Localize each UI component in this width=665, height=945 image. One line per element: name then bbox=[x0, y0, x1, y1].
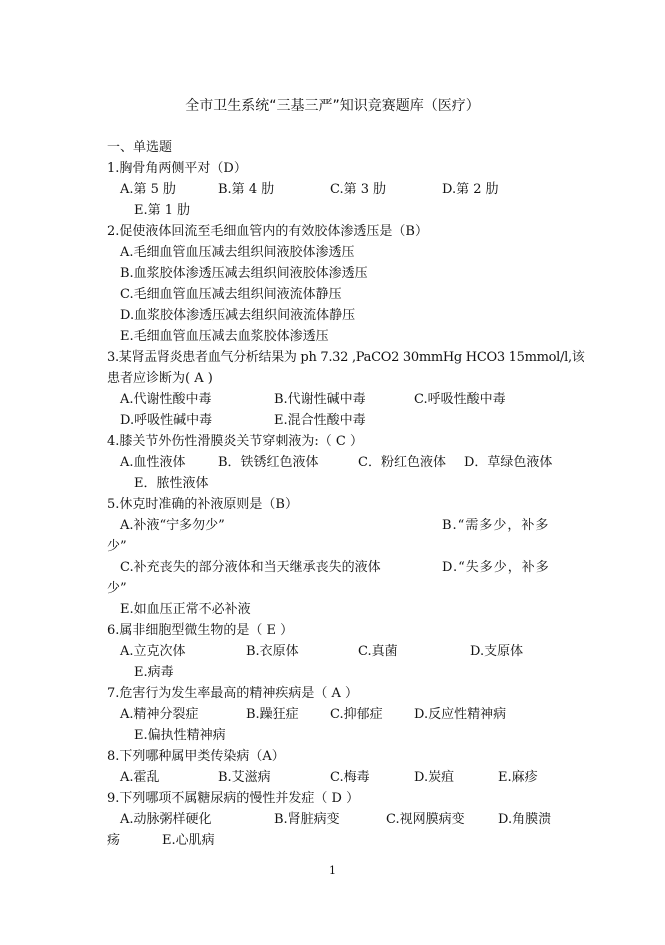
option-continued: 少” bbox=[107, 580, 127, 598]
option: B.衣原体 bbox=[246, 643, 299, 661]
option: D.炭疽 bbox=[414, 769, 454, 787]
option: A.立克次体 bbox=[120, 643, 186, 661]
option: B.代谢性碱中毒 bbox=[274, 391, 366, 409]
option: E.第 1 肋 bbox=[134, 202, 190, 220]
section-heading: 一、单选题 bbox=[107, 139, 172, 157]
question-stem: 4.膝关节外伤性滑膜炎关节穿刺液为:（ C ） bbox=[107, 433, 363, 451]
option: C．粉红色液体 bbox=[358, 454, 446, 472]
option: B.血浆胶体渗透压减去组织间液胶体渗透压 bbox=[120, 265, 368, 283]
option: D．草绿色液体 bbox=[464, 454, 552, 472]
option: D.“失多少，补多 bbox=[442, 559, 550, 577]
option: E.病毒 bbox=[134, 664, 174, 682]
question-stem: 2.促使液体回流至毛细血管内的有效胶体渗透压是（B） bbox=[107, 223, 428, 241]
option: A.代谢性酸中毒 bbox=[120, 391, 212, 409]
option: D.第 2 肋 bbox=[442, 181, 499, 199]
option: E．脓性液体 bbox=[134, 475, 209, 493]
question-stem: 8.下列哪种属甲类传染病（A） bbox=[107, 748, 285, 766]
option: E.毛细血管血压减去血浆胶体渗透压 bbox=[120, 328, 329, 346]
option-continued: 少” bbox=[107, 538, 127, 556]
option: B.“需多少，补多 bbox=[442, 517, 549, 535]
option: B.躁狂症 bbox=[246, 706, 299, 724]
document-title: 全市卫生系统“三基三严”知识竞赛题库（医疗） bbox=[0, 96, 665, 116]
option: B．铁锈红色液体 bbox=[218, 454, 319, 472]
option: C.补充丧失的部分液体和当天继承丧失的液体 bbox=[120, 559, 381, 577]
question-stem: 3.某肾盂肾炎患者血气分析结果为 ph 7.32 ,PaCO2 30mmHg H… bbox=[107, 349, 584, 367]
option: E.如血压正常不必补液 bbox=[120, 601, 251, 619]
option: E.心肌病 bbox=[162, 832, 215, 850]
option: A.毛细血管血压减去组织间液胶体渗透压 bbox=[120, 244, 355, 262]
option: D.血浆胶体渗透压减去组织间液流体静压 bbox=[120, 307, 355, 325]
question-stem: 6.属非细胞型微生物的是（ E ） bbox=[107, 622, 293, 640]
option: C.第 3 肋 bbox=[330, 181, 386, 199]
question-stem-continued: 患者应诊断为( A ) bbox=[107, 370, 213, 388]
option: C.真菌 bbox=[358, 643, 398, 661]
option: D.呼吸性碱中毒 bbox=[120, 412, 212, 430]
question-stem: 5.休克时准确的补液原则是（B） bbox=[107, 496, 298, 514]
option: C.梅毒 bbox=[330, 769, 370, 787]
question-stem: 7.危害行为发生率最高的精神疾病是（ A ） bbox=[107, 685, 358, 703]
page-number: 1 bbox=[0, 864, 665, 877]
option: D.反应性精神病 bbox=[414, 706, 506, 724]
option: B.第 4 肋 bbox=[218, 181, 274, 199]
option: A.血性液体 bbox=[120, 454, 186, 472]
option: A.补液“宁多勿少” bbox=[120, 517, 225, 535]
question-stem: 9.下列哪项不属糖尿病的慢性并发症（ D ） bbox=[107, 790, 359, 808]
option: E.混合性酸中毒 bbox=[274, 412, 366, 430]
question-stem: 1.胸骨角两侧平对（D） bbox=[107, 160, 247, 178]
option: C.视网膜病变 bbox=[386, 811, 465, 829]
option: B.肾脏病变 bbox=[274, 811, 340, 829]
option: C.抑郁症 bbox=[330, 706, 383, 724]
option: E.偏执性精神病 bbox=[134, 727, 226, 745]
option: C.呼吸性酸中毒 bbox=[414, 391, 506, 409]
option: C.毛细血管血压减去组织间液流体静压 bbox=[120, 286, 342, 304]
option: A.精神分裂症 bbox=[120, 706, 199, 724]
option: B.艾滋病 bbox=[218, 769, 271, 787]
option: A.动脉粥样硬化 bbox=[120, 811, 212, 829]
option: D.支原体 bbox=[470, 643, 523, 661]
option: E.麻疹 bbox=[498, 769, 538, 787]
option: A.霍乱 bbox=[120, 769, 160, 787]
document-page: 全市卫生系统“三基三严”知识竞赛题库（医疗） 一、单选题 1.胸骨角两侧平对（D… bbox=[0, 0, 665, 945]
option: D.角膜溃 bbox=[498, 811, 551, 829]
option: A.第 5 肋 bbox=[120, 181, 176, 199]
option-continued: 疡 bbox=[107, 832, 120, 850]
